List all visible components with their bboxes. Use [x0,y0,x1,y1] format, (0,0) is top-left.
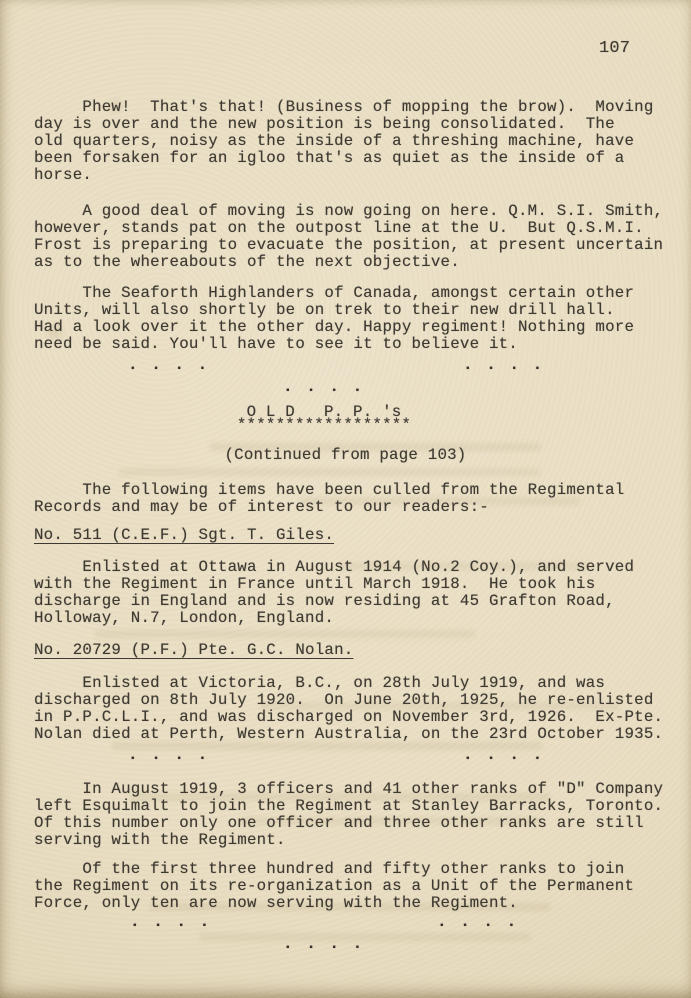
paragraph-seaforth-highlanders: The Seaforth Highlanders of Canada, amon… [34,285,634,353]
scanned-document-page: 107 Phew! That's that! (Business of mopp… [0,0,691,998]
section-title-underline-stars: ****************** [0,418,648,433]
dots-separator: . . . . [283,378,364,396]
dots-separator: . . . . [437,913,518,931]
entry-heading-nolan: No. 20729 (P.F.) Pte. G.C. Nolan. [34,642,353,659]
continued-from-note: (Continued from page 103) [0,447,691,464]
page-number: 107 [599,40,630,57]
entry-body-nolan: Enlisted at Victoria, B.C., on 28th July… [34,675,663,743]
paragraph-qm-smith: A good deal of moving is now going on he… [34,203,663,271]
dots-separator: . . . . [130,913,211,931]
paragraph-moving-day: Phew! That's that! (Business of mopping … [34,99,654,184]
dots-separator: . . . . [283,935,364,953]
dots-separator: . . . . [463,746,544,764]
dots-separator: . . . . [463,356,544,374]
dots-separator: . . . . [128,746,209,764]
paragraph-d-company: In August 1919, 3 officers and 41 other … [34,781,663,849]
paragraph-intro: The following items have been culled fro… [34,482,624,516]
entry-body-giles: Enlisted at Ottawa in August 1914 (No.2 … [34,559,634,627]
dots-separator: . . . . [128,356,209,374]
paragraph-permanent-force: Of the first three hundred and fifty oth… [34,861,634,912]
entry-heading-giles: No. 511 (C.E.F.) Sgt. T. Giles. [34,527,334,544]
